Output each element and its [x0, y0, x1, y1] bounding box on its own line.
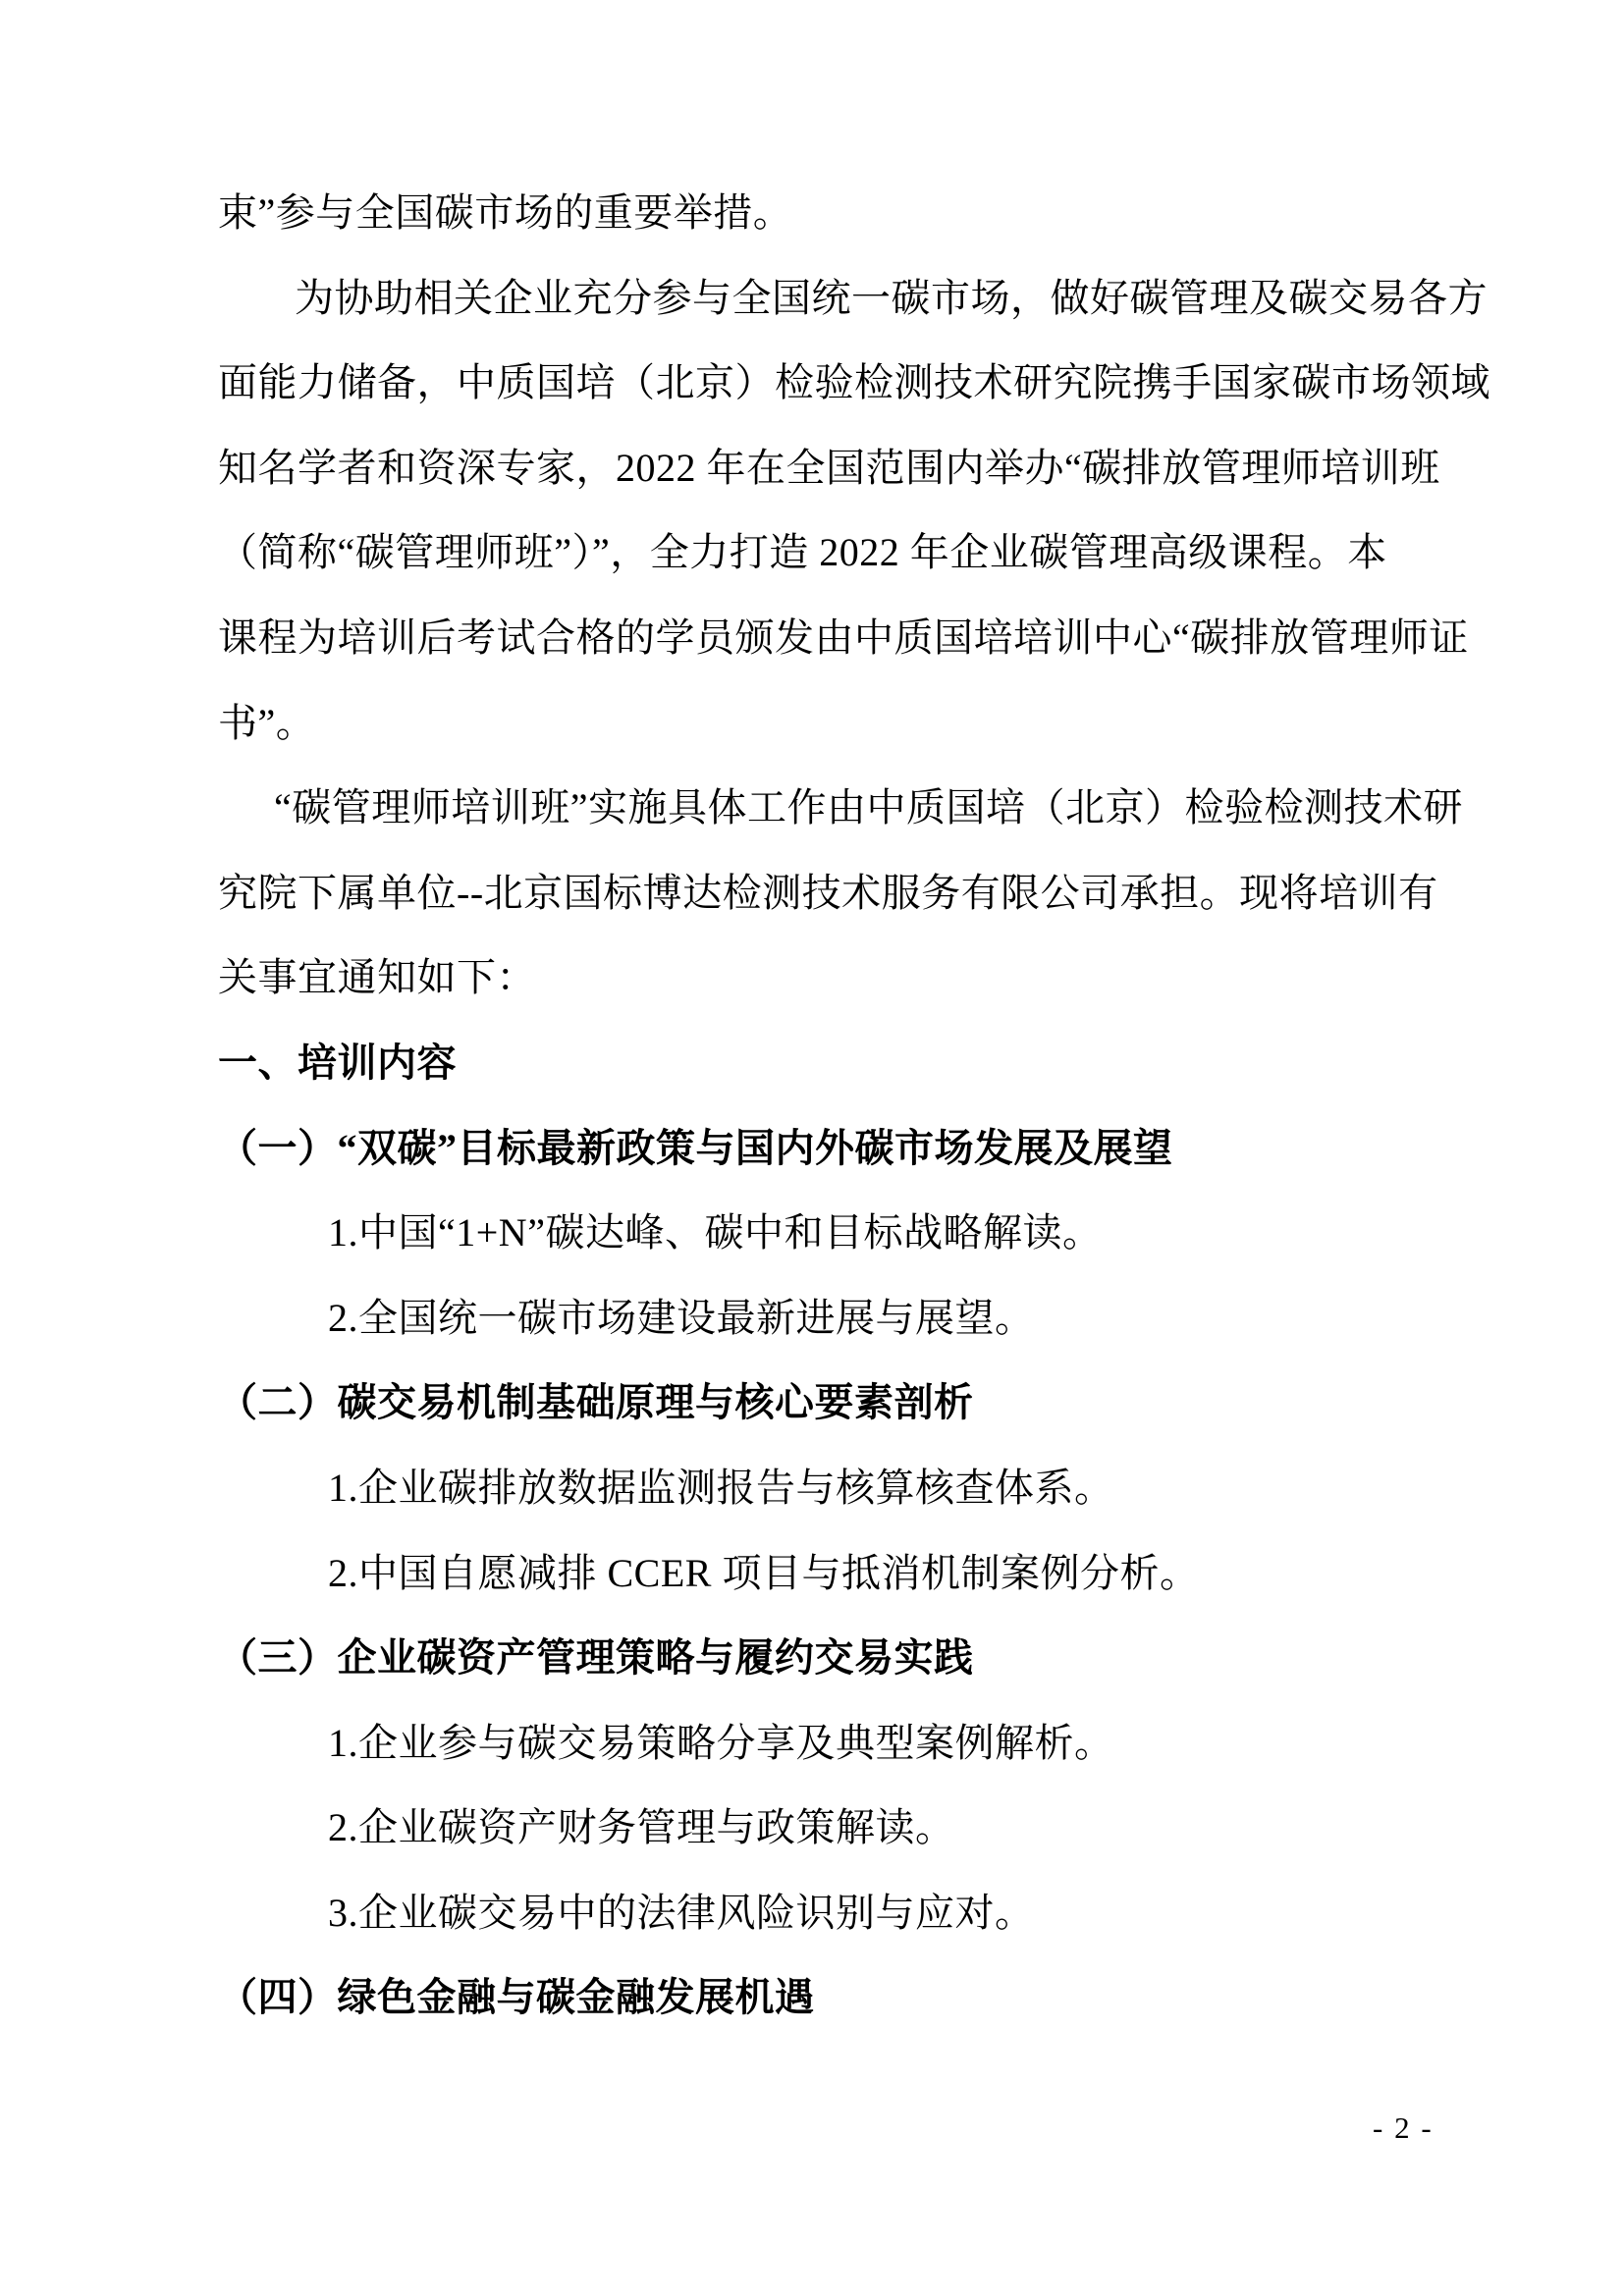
text-line: 2.全国统一碳市场建设最新进展与展望。	[218, 1276, 1435, 1362]
text-line: （二）碳交易机制基础原理与核心要素剖析	[218, 1361, 1435, 1446]
text-line: 1.企业碳排放数据监测报告与核算核查体系。	[218, 1446, 1435, 1531]
text-line: （一）“双碳”目标最新政策与国内外碳市场发展及展望	[218, 1106, 1435, 1192]
text-line: 关事宜通知如下：	[218, 935, 1435, 1021]
text-line: 课程为培训后考试合格的学员颁发由中质国培培训中心“碳排放管理师证	[218, 596, 1435, 681]
page-number: - 2 -	[1373, 2109, 1434, 2148]
text-line: “碳管理师培训班”实施具体工作由中质国培（北京）检验检测技术研	[218, 766, 1435, 851]
text-line: 束”参与全国碳市场的重要举措。	[218, 171, 1435, 256]
text-line: （简称“碳管理师班”）”，全力打造 2022 年企业碳管理高级课程。本	[218, 510, 1435, 596]
text-line: 书”。	[218, 681, 1435, 767]
text-line: 1.企业参与碳交易策略分享及典型案例解析。	[218, 1701, 1435, 1787]
text-line: （三）企业碳资产管理策略与履约交易实践	[218, 1616, 1435, 1701]
text-line: 3.企业碳交易中的法律风险识别与应对。	[218, 1871, 1435, 1956]
text-line: 知名学者和资深专家，2022 年在全国范围内举办“碳排放管理师培训班	[218, 426, 1435, 511]
text-line: 究院下属单位--北京国标博达检测技术服务有限公司承担。现将培训有	[218, 851, 1435, 936]
text-line: 面能力储备，中质国培（北京）检验检测技术研究院携手国家碳市场领域	[218, 341, 1435, 426]
document-page: 束”参与全国碳市场的重要举措。为协助相关企业充分参与全国统一碳市场，做好碳管理及…	[218, 171, 1435, 2041]
text-line: 2.中国自愿减排 CCER 项目与抵消机制案例分析。	[218, 1531, 1435, 1617]
text-line: 一、培训内容	[218, 1021, 1435, 1106]
text-line: （四）绿色金融与碳金融发展机遇	[218, 1955, 1435, 2041]
text-line: 为协助相关企业充分参与全国统一碳市场，做好碳管理及碳交易各方	[218, 256, 1435, 342]
text-line: 1.中国“1+N”碳达峰、碳中和目标战略解读。	[218, 1191, 1435, 1276]
text-line: 2.企业碳资产财务管理与政策解读。	[218, 1786, 1435, 1871]
